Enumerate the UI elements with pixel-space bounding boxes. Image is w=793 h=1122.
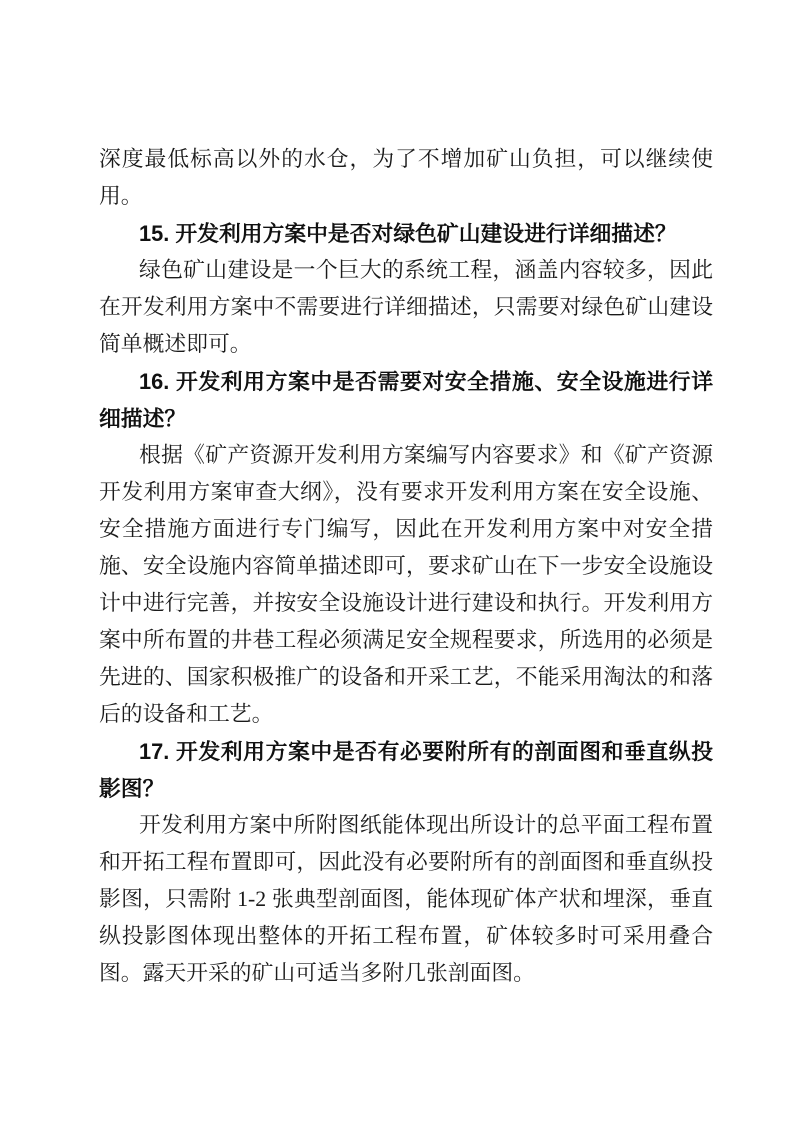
question-17-heading: 17. 开发利用方案中是否有必要附所有的剖面图和垂直纵投影图？ (99, 733, 713, 807)
question-16-answer: 根据《矿产资源开发利用方案编写内容要求》和《矿产资源开发利用方案审查大纲》，没有… (99, 437, 713, 733)
continuation-paragraph: 深度最低标高以外的水仓，为了不增加矿山负担，可以继续使用。 (99, 141, 713, 215)
question-15-heading: 15. 开发利用方案中是否对绿色矿山建设进行详细描述？ (99, 215, 713, 252)
document-content: 深度最低标高以外的水仓，为了不增加矿山负担，可以继续使用。 15. 开发利用方案… (99, 141, 713, 992)
question-16-heading: 16. 开发利用方案中是否需要对安全措施、安全设施进行详细描述？ (99, 363, 713, 437)
document-page: 深度最低标高以外的水仓，为了不增加矿山负担，可以继续使用。 15. 开发利用方案… (0, 0, 793, 1122)
question-15-answer: 绿色矿山建设是一个巨大的系统工程，涵盖内容较多，因此在开发利用方案中不需要进行详… (99, 252, 713, 363)
question-17-answer: 开发利用方案中所附图纸能体现出所设计的总平面工程布置和开拓工程布置即可，因此没有… (99, 807, 713, 992)
